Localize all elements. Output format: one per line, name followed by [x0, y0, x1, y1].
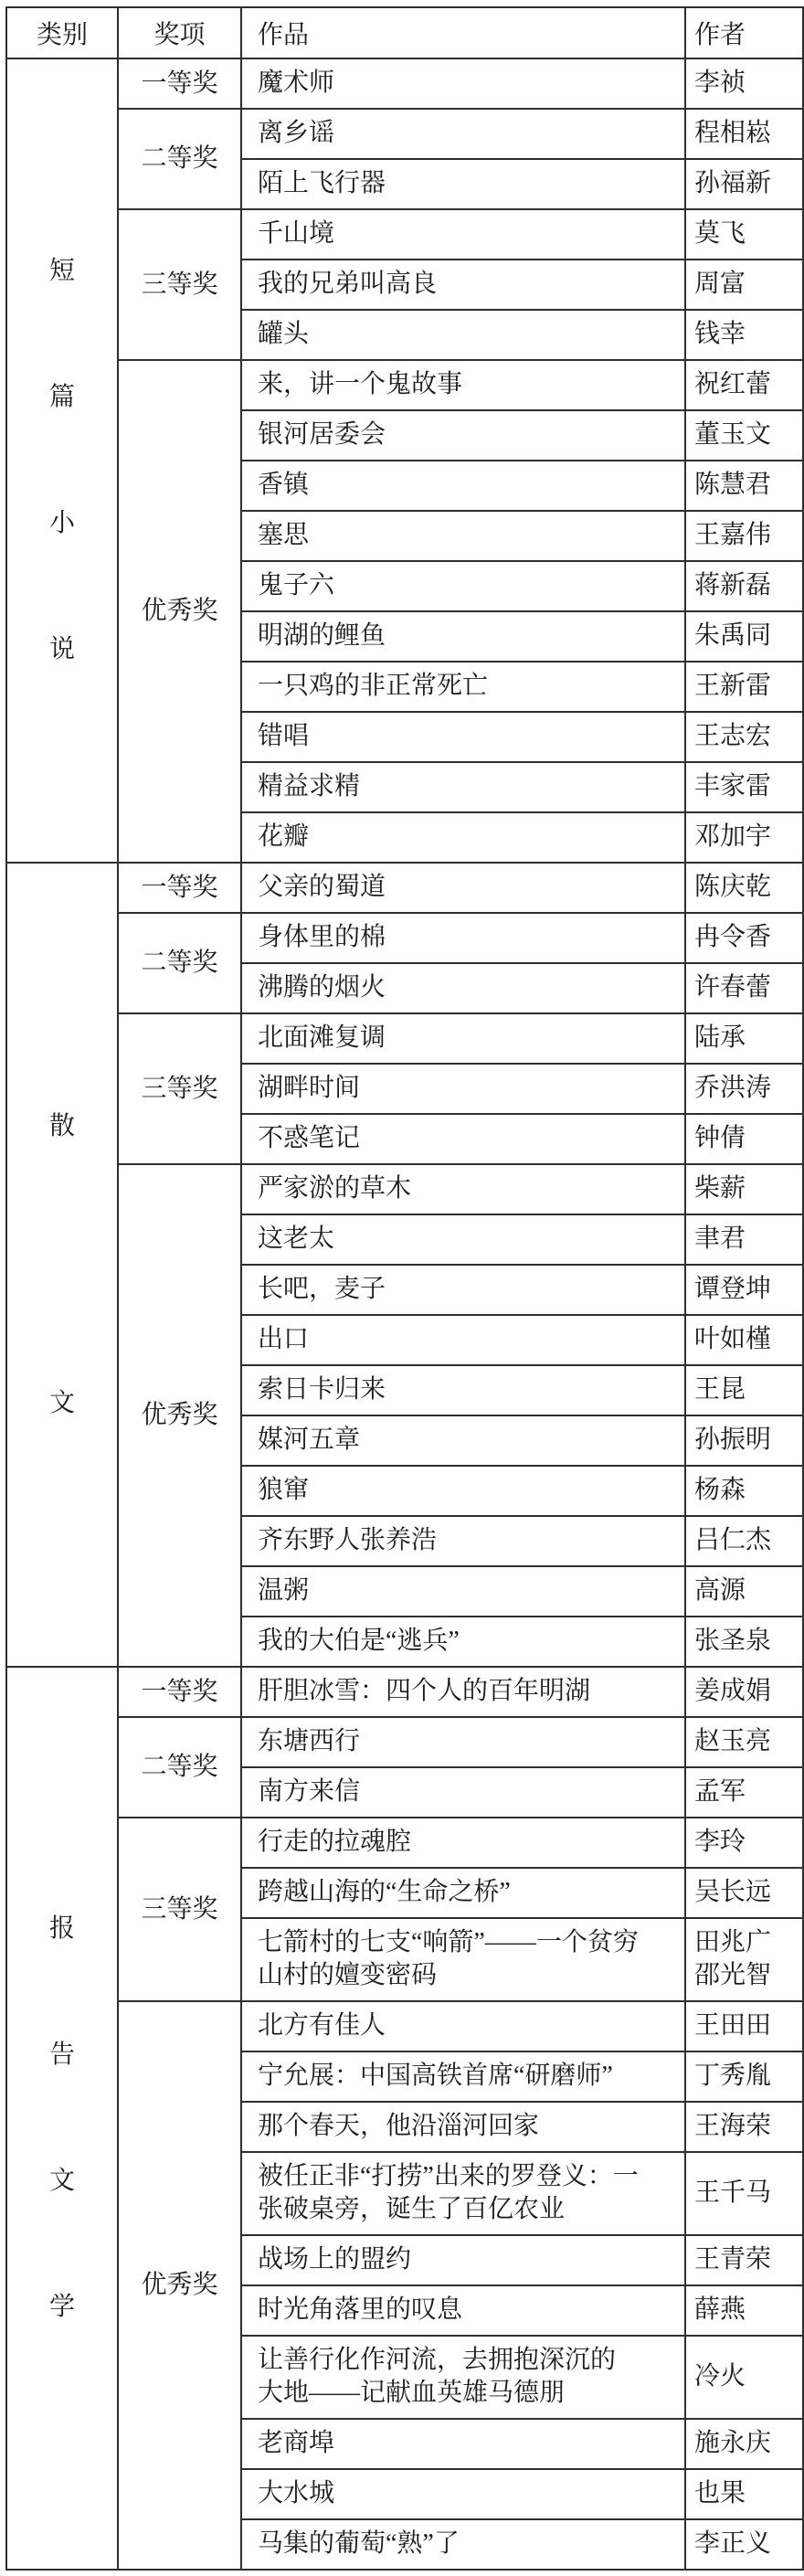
award-cell: 一等奖 — [118, 1667, 241, 1717]
award-cell: 二等奖 — [118, 913, 241, 1013]
award-cell: 二等奖 — [118, 109, 241, 209]
work-title-cell: 父亲的蜀道 — [241, 863, 685, 913]
author-cell: 王海荣 — [685, 2102, 803, 2152]
author-cell: 李玲 — [685, 1818, 803, 1868]
table-row: 报告文学一等奖肝胆冰雪：四个人的百年明湖姜成娟 — [6, 1667, 803, 1717]
category-vertical-label: 散文 — [49, 1110, 75, 1420]
work-title-cell: 身体里的棉 — [241, 913, 685, 963]
table-row: 三等奖北面滩复调陆承 — [6, 1013, 803, 1064]
author-cell: 丰家雷 — [685, 762, 803, 812]
author-cell: 王青荣 — [685, 2235, 803, 2285]
author-cell: 高源 — [685, 1566, 803, 1617]
author-cell: 陈慧君 — [685, 461, 803, 511]
work-title-cell: 七箭村的七支“响箭”——一个贫穷山村的嬗变密码 — [241, 1918, 685, 2001]
author-cell: 田兆广 邵光智 — [685, 1918, 803, 2001]
author-cell: 杨森 — [685, 1466, 803, 1516]
work-title-cell: 鬼子六 — [241, 561, 685, 611]
author-cell: 蒋新磊 — [685, 561, 803, 611]
author-cell: 赵玉亮 — [685, 1717, 803, 1767]
author-cell: 祝红蕾 — [685, 360, 803, 410]
work-title-cell: 我的大伯是“逃兵” — [241, 1617, 685, 1667]
table-row: 短篇小说一等奖魔术师李祯 — [6, 58, 803, 109]
author-cell: 乔洪涛 — [685, 1064, 803, 1114]
category-char: 文 — [49, 1387, 75, 1420]
author-cell: 王千马 — [685, 2152, 803, 2235]
table-row: 二等奖东塘西行赵玉亮 — [6, 1717, 803, 1767]
work-title-cell: 齐东野人张养浩 — [241, 1516, 685, 1566]
author-cell: 吕仁杰 — [685, 1516, 803, 1566]
category-char: 散 — [49, 1110, 75, 1143]
work-title-cell: 明湖的鲤鱼 — [241, 611, 685, 662]
work-title-cell: 温粥 — [241, 1566, 685, 1617]
author-cell: 柴薪 — [685, 1164, 803, 1214]
author-cell: 王志宏 — [685, 712, 803, 762]
awards-table: 类别 奖项 作品 作者 短篇小说一等奖魔术师李祯二等奖离乡谣程相崧陌上飞行器孙福… — [5, 6, 804, 2571]
work-title-cell: 跨越山海的“生命之桥” — [241, 1868, 685, 1918]
award-cell: 二等奖 — [118, 1717, 241, 1818]
author-cell: 王昆 — [685, 1365, 803, 1415]
author-cell: 姜成娟 — [685, 1667, 803, 1717]
author-cell: 冉令香 — [685, 913, 803, 963]
page: 类别 奖项 作品 作者 短篇小说一等奖魔术师李祯二等奖离乡谣程相崧陌上飞行器孙福… — [0, 0, 804, 2576]
author-cell: 王新雷 — [685, 662, 803, 712]
table-row: 二等奖身体里的棉冉令香 — [6, 913, 803, 963]
author-cell: 陈庆乾 — [685, 863, 803, 913]
work-title-cell: 行走的拉魂腔 — [241, 1818, 685, 1868]
award-cell: 优秀奖 — [118, 360, 241, 863]
award-cell: 一等奖 — [118, 863, 241, 913]
award-cell: 优秀奖 — [118, 2001, 241, 2570]
work-title-cell: 一只鸡的非正常死亡 — [241, 662, 685, 712]
work-title-cell: 肝胆冰雪：四个人的百年明湖 — [241, 1667, 685, 1717]
work-title-cell: 湖畔时间 — [241, 1064, 685, 1114]
column-header-author: 作者 — [685, 7, 803, 58]
work-title-cell: 沸腾的烟火 — [241, 963, 685, 1013]
table-row: 三等奖行走的拉魂腔李玲 — [6, 1818, 803, 1868]
category-char: 小 — [49, 507, 75, 540]
award-cell: 三等奖 — [118, 1818, 241, 2001]
work-title-cell: 北面滩复调 — [241, 1013, 685, 1064]
author-cell: 周富 — [685, 260, 803, 310]
work-title-cell: 老商埠 — [241, 2419, 685, 2469]
author-cell: 孙振明 — [685, 1415, 803, 1466]
table-row: 三等奖千山境莫飞 — [6, 209, 803, 260]
author-cell: 陆承 — [685, 1013, 803, 1064]
work-title-cell: 时光角落里的叹息 — [241, 2285, 685, 2336]
work-title-cell: 那个春天，他沿淄河回家 — [241, 2102, 685, 2152]
work-title-cell: 严家淤的草木 — [241, 1164, 685, 1214]
category-char: 报 — [49, 1913, 75, 1945]
author-cell: 谭登坤 — [685, 1265, 803, 1315]
work-title-cell: 罐头 — [241, 310, 685, 360]
work-title-cell: 被任正非“打捞”出来的罗登义：一张破桌旁，诞生了百亿农业 — [241, 2152, 685, 2235]
work-title-cell: 索日卡归来 — [241, 1365, 685, 1415]
work-title-cell: 千山境 — [241, 209, 685, 260]
work-title-cell: 我的兄弟叫高良 — [241, 260, 685, 310]
table-row: 散文一等奖父亲的蜀道陈庆乾 — [6, 863, 803, 913]
award-cell: 三等奖 — [118, 209, 241, 360]
work-title-cell: 塞思 — [241, 511, 685, 561]
work-title-cell: 精益求精 — [241, 762, 685, 812]
work-title-cell: 不惑笔记 — [241, 1114, 685, 1164]
work-title-cell: 错唱 — [241, 712, 685, 762]
category-vertical-label: 报告文学 — [49, 1913, 75, 2324]
work-title-cell: 战场上的盟约 — [241, 2235, 685, 2285]
work-title-cell: 媒河五章 — [241, 1415, 685, 1466]
column-header-work: 作品 — [241, 7, 685, 58]
category-vertical-label: 短篇小说 — [49, 255, 75, 666]
category-char: 篇 — [49, 381, 75, 414]
author-cell: 叶如槿 — [685, 1315, 803, 1365]
author-cell: 莫飞 — [685, 209, 803, 260]
author-cell: 朱禹同 — [685, 611, 803, 662]
table-row: 优秀奖严家淤的草木柴薪 — [6, 1164, 803, 1214]
category-char: 学 — [49, 2291, 75, 2324]
work-title-cell: 银河居委会 — [241, 410, 685, 461]
header-row: 类别 奖项 作品 作者 — [6, 7, 803, 58]
work-title-cell: 陌上飞行器 — [241, 159, 685, 209]
work-title-cell: 这老太 — [241, 1214, 685, 1265]
work-title-cell: 南方来信 — [241, 1767, 685, 1818]
work-title-cell: 北方有佳人 — [241, 2001, 685, 2051]
author-cell: 吴长远 — [685, 1868, 803, 1918]
author-cell: 冷火 — [685, 2336, 803, 2419]
work-title-cell: 离乡谣 — [241, 109, 685, 159]
category-cell: 短篇小说 — [6, 58, 118, 863]
work-title-cell: 狼窜 — [241, 1466, 685, 1516]
award-cell: 三等奖 — [118, 1013, 241, 1164]
author-cell: 聿君 — [685, 1214, 803, 1265]
work-title-cell: 香镇 — [241, 461, 685, 511]
category-char: 短 — [49, 255, 75, 288]
category-char: 文 — [49, 2165, 75, 2198]
column-header-award: 奖项 — [118, 7, 241, 58]
table-row: 优秀奖北方有佳人王田田 — [6, 2001, 803, 2051]
category-cell: 报告文学 — [6, 1667, 118, 2570]
author-cell: 丁秀胤 — [685, 2051, 803, 2102]
work-title-cell: 来，讲一个鬼故事 — [241, 360, 685, 410]
work-title-cell: 大水城 — [241, 2469, 685, 2519]
author-cell: 孟军 — [685, 1767, 803, 1818]
author-cell: 邓加宇 — [685, 812, 803, 863]
column-header-category: 类别 — [6, 7, 118, 58]
author-cell: 王田田 — [685, 2001, 803, 2051]
award-cell: 优秀奖 — [118, 1164, 241, 1667]
work-title-cell: 宁允展：中国高铁首席“研磨师” — [241, 2051, 685, 2102]
work-title-cell: 魔术师 — [241, 58, 685, 109]
author-cell: 董玉文 — [685, 410, 803, 461]
table-row: 二等奖离乡谣程相崧 — [6, 109, 803, 159]
work-title-cell: 东塘西行 — [241, 1717, 685, 1767]
author-cell: 薛燕 — [685, 2285, 803, 2336]
author-cell: 钱幸 — [685, 310, 803, 360]
category-char: 说 — [49, 633, 75, 666]
author-cell: 施永庆 — [685, 2419, 803, 2469]
author-cell: 李祯 — [685, 58, 803, 109]
award-cell: 一等奖 — [118, 58, 241, 109]
work-title-cell: 花瓣 — [241, 812, 685, 863]
author-cell: 也果 — [685, 2469, 803, 2519]
category-char: 告 — [49, 2039, 75, 2072]
category-cell: 散文 — [6, 863, 118, 1667]
author-cell: 许春蕾 — [685, 963, 803, 1013]
work-title-cell: 马集的葡萄“熟”了 — [241, 2519, 685, 2570]
author-cell: 李正义 — [685, 2519, 803, 2570]
author-cell: 钟倩 — [685, 1114, 803, 1164]
author-cell: 程相崧 — [685, 109, 803, 159]
awards-table-body: 短篇小说一等奖魔术师李祯二等奖离乡谣程相崧陌上飞行器孙福新三等奖千山境莫飞我的兄… — [6, 58, 803, 2570]
work-title-cell: 让善行化作河流，去拥抱深沉的大地——记献血英雄马德朋 — [241, 2336, 685, 2419]
table-row: 优秀奖来，讲一个鬼故事祝红蕾 — [6, 360, 803, 410]
author-cell: 孙福新 — [685, 159, 803, 209]
work-title-cell: 出口 — [241, 1315, 685, 1365]
author-cell: 王嘉伟 — [685, 511, 803, 561]
work-title-cell: 长吧，麦子 — [241, 1265, 685, 1315]
author-cell: 张圣泉 — [685, 1617, 803, 1667]
